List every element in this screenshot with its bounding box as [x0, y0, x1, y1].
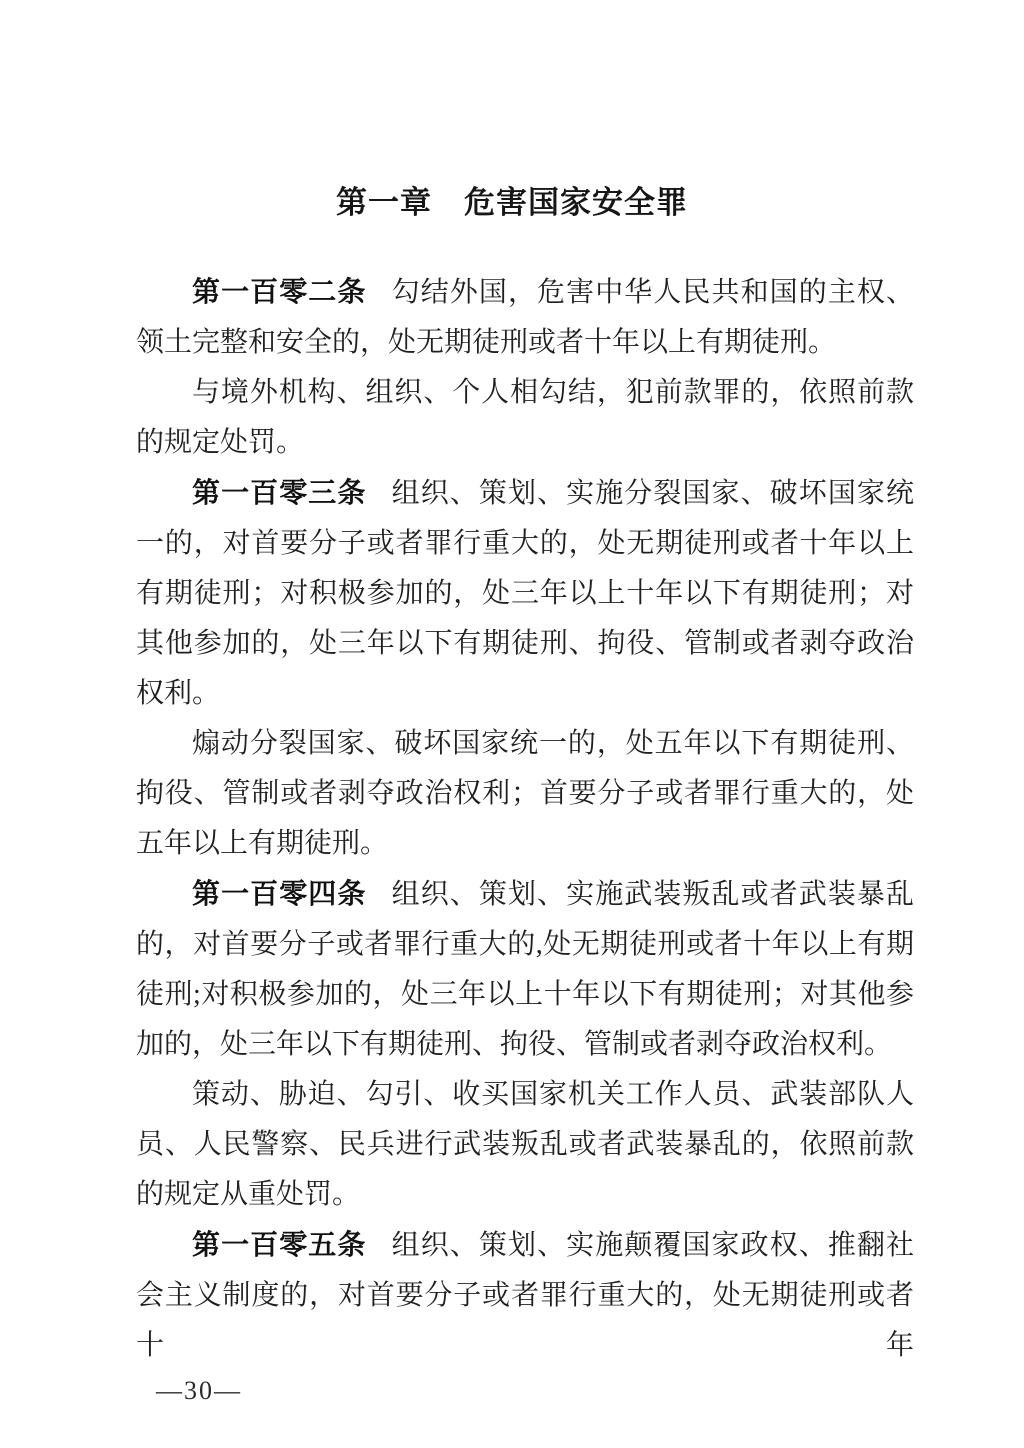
page-number: —30—: [156, 1375, 242, 1407]
article-number: 第一百零三条: [192, 477, 366, 508]
law-paragraph: 与境外机构、组织、个人相勾结，犯前款罪的，依照前款的规定处罚。: [136, 368, 914, 468]
article-number: 第一百零五条: [192, 1229, 366, 1260]
article-number: 第一百零二条: [192, 276, 366, 307]
law-paragraph: 第一百零四条组织、策划、实施武装叛乱或者武装暴乱的，对首要分子或者罪行重大的,处…: [136, 869, 914, 1070]
chapter-title: 第一章 危害国家安全罪: [0, 183, 1024, 223]
law-paragraph: 煽动分裂国家、破坏国家统一的，处五年以下有期徒刑、拘役、管制或者剥夺政治权利；首…: [136, 719, 914, 869]
law-text-body: 第一百零二条勾结外国，危害中华人民共和国的主权、领土完整和安全的，处无期徒刑或者…: [136, 267, 914, 1371]
law-paragraph: 第一百零五条组织、策划、实施颠覆国家政权、推翻社会主义制度的，对首要分子或者罪行…: [136, 1220, 914, 1371]
article-number: 第一百零四条: [192, 878, 366, 909]
law-paragraph: 策动、胁迫、勾引、收买国家机关工作人员、武装部队人员、人民警察、民兵进行武装叛乱…: [136, 1070, 914, 1220]
law-paragraph: 第一百零三条组织、策划、实施分裂国家、破坏国家统一的，对首要分子或者罪行重大的，…: [136, 468, 914, 719]
law-paragraph: 第一百零二条勾结外国，危害中华人民共和国的主权、领土完整和安全的，处无期徒刑或者…: [136, 267, 914, 368]
document-page: 第一章 危害国家安全罪 第一百零二条勾结外国，危害中华人民共和国的主权、领土完整…: [0, 0, 1024, 1448]
